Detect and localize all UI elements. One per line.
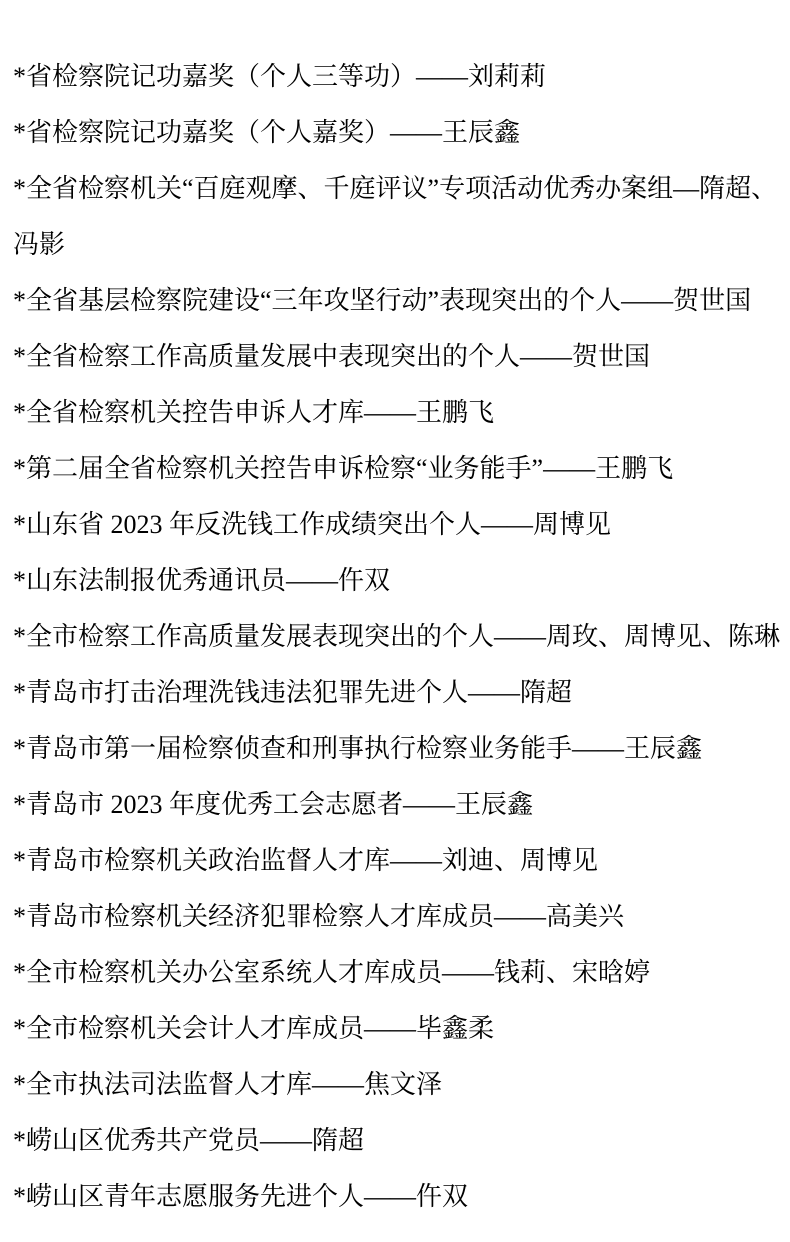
award-line: *青岛市检察机关经济犯罪检察人才库成员——高美兴 [13,889,780,945]
document-page: *省检察院记功嘉奖（个人三等功）——刘莉莉*省检察院记功嘉奖（个人嘉奖）——王辰… [0,0,790,1242]
award-line: *全省检察工作高质量发展中表现突出的个人——贺世国 [13,329,780,385]
award-line: *青岛市打击治理洗钱违法犯罪先进个人——隋超 [13,665,780,721]
award-line: *全市检察机关会计人才库成员——毕鑫柔 [13,1001,780,1057]
award-line: *省检察院记功嘉奖（个人嘉奖）——王辰鑫 [13,105,780,161]
award-line: *全市检察机关办公室系统人才库成员——钱莉、宋晗婷 [13,945,780,1001]
award-line: *全市检察工作高质量发展表现突出的个人——周玫、周博见、陈琳 [13,609,780,665]
award-line: *全省检察机关“百庭观摩、千庭评议”专项活动优秀办案组—隋超、 [13,161,780,217]
award-line: 冯影 [13,217,780,273]
award-line: *崂山区青年志愿服务先进个人——仵双 [13,1169,780,1225]
award-line: *省检察院记功嘉奖（个人三等功）——刘莉莉 [13,49,780,105]
award-line: *山东法制报优秀通讯员——仵双 [13,553,780,609]
award-line: *第二届全省检察机关控告申诉检察“业务能手”——王鹏飞 [13,441,780,497]
award-list: *省检察院记功嘉奖（个人三等功）——刘莉莉*省检察院记功嘉奖（个人嘉奖）——王辰… [13,49,780,1225]
award-line: *青岛市检察机关政治监督人才库——刘迪、周博见 [13,833,780,889]
award-line: *崂山区优秀共产党员——隋超 [13,1113,780,1169]
award-line: *全省检察机关控告申诉人才库——王鹏飞 [13,385,780,441]
award-line: *山东省 2023 年反洗钱工作成绩突出个人——周博见 [13,497,780,553]
award-line: *全市执法司法监督人才库——焦文泽 [13,1057,780,1113]
award-line: *青岛市第一届检察侦查和刑事执行检察业务能手——王辰鑫 [13,721,780,777]
award-line: *青岛市 2023 年度优秀工会志愿者——王辰鑫 [13,777,780,833]
award-line: *全省基层检察院建设“三年攻坚行动”表现突出的个人——贺世国 [13,273,780,329]
